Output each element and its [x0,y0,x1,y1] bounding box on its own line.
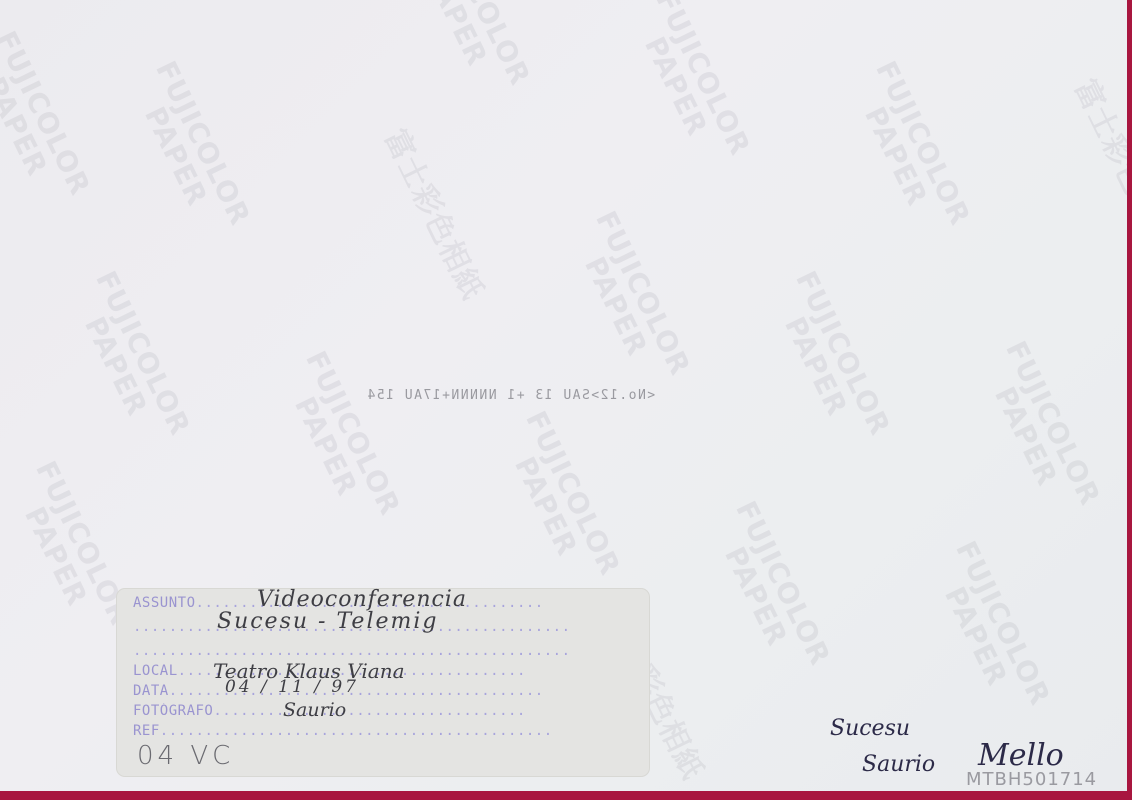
watermark: FUJICOLORPAPER [923,537,1055,724]
handwritten-note-name: Saurio [862,752,935,777]
watermark: FUJICOLORPAPER [273,347,405,534]
handwritten-data: 04 / 11 / 97 [225,677,359,697]
info-label: ASSUNTO.................................… [117,589,649,776]
watermark: FUJICOLORPAPER [123,57,255,244]
handwritten-note-surname: Mello [978,738,1064,773]
handwritten-assunto-2: Sucesu - Telemig [217,609,438,634]
watermark: FUJICOLORPAPER [763,267,895,454]
watermark: FUJICOLORPAPER [563,207,695,394]
handwritten-ref-code: 04 VC [137,741,234,771]
photo-back: FUJICOLORPAPER FUJICOLORPAPER FUJICOLORP… [0,0,1127,791]
watermark: FUJICOLORPAPER [493,407,625,594]
watermark: FUJICOLORPAPER [623,0,755,173]
handwritten-note-sucesu: Sucesu [830,716,910,741]
watermark: FUJICOLORPAPER [973,337,1105,524]
watermark: FUJICOLORPAPER [403,0,535,103]
label-row-fotografo: FOTÓGRAFO...............................… [133,703,641,723]
lab-backprint: <No.12>SAU 13 +1 NNNNN+17AU 154 [366,388,655,403]
archive-stamp: MTBH501714 [966,769,1097,790]
handwritten-fotografo: Saurio [283,699,346,721]
watermark: FUJICOLORPAPER [63,267,195,454]
watermark: FUJICOLORPAPER [843,57,975,244]
label-row-ref: REF.....................................… [133,723,641,743]
watermark-cjk: 富士彩色相紙 [379,125,488,305]
watermark: FUJICOLORPAPER [0,27,95,214]
watermark: FUJICOLORPAPER [3,457,135,644]
watermark: FUJICOLORPAPER [703,497,835,684]
label-row-data: DATA....................................… [133,683,641,703]
watermark-cjk: 富士彩色相紙 [1069,75,1127,255]
